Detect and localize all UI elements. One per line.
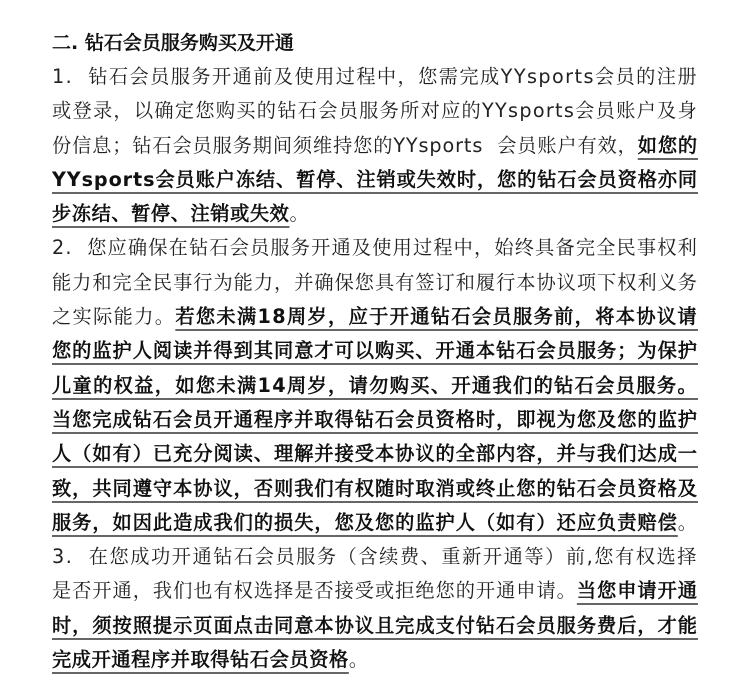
emphasized-text: 您的监护人阅读并得到其同意才可以购买、开通本钻石会员服务；为保护 — [52, 334, 698, 368]
text-line: 人（如有）已充分阅读、理解并接受本协议的全部内容，并与我们达成一 — [52, 437, 698, 471]
body-text: 1. 钻石会员服务开通前及使用过程中，您需完成YYsports会员的注册 — [52, 60, 698, 94]
text-line: 1. 钻石会员服务开通前及使用过程中，您需完成YYsports会员的注册 — [52, 60, 698, 94]
text-line: YYsports会员账户冻结、暂停、注销或失效时，您的钻石会员资格亦同 — [52, 163, 698, 197]
text-line: 致，共同遵守本协议，否则我们有权随时取消或终止您的钻石会员资格及 — [52, 472, 698, 506]
body-text: 之实际能力。 — [52, 300, 175, 334]
emphasized-text: 致，共同遵守本协议，否则我们有权随时取消或终止您的钻石会员资格及 — [52, 472, 698, 506]
text-line: 时，须按照提示页面点击同意本协议且完成支付钻石会员服务费后，才能 — [52, 609, 698, 643]
body-text: 或登录，以确定您购买的钻石会员服务所对应的YYsports会员账户及身 — [52, 94, 698, 128]
body-text: 份信息；钻石会员服务期间须维持您的YYsports 会员账户有效， — [52, 129, 638, 163]
body-text: 2. 您应确保在钻石会员服务开通及使用过程中，始终具备完全民事权利 — [52, 231, 698, 265]
text-line: 完成开通程序并取得钻石会员资格。 — [52, 643, 698, 677]
emphasized-text: 步冻结、暂停、注销或失效 — [52, 197, 289, 231]
emphasized-text: YYsports会员账户冻结、暂停、注销或失效时，您的钻石会员资格亦同 — [52, 163, 698, 197]
section-body: 1. 钻石会员服务开通前及使用过程中，您需完成YYsports会员的注册或登录，… — [52, 60, 698, 677]
text-line: 步冻结、暂停、注销或失效。 — [52, 197, 698, 231]
body-text: 是否开通，我们也有权选择是否接受或拒绝您的开通申请。 — [52, 574, 577, 608]
body-text: 。 — [289, 197, 309, 231]
emphasized-text: 完成开通程序并取得钻石会员资格 — [52, 643, 349, 677]
section-heading: 二. 钻石会员服务购买及开通 — [52, 26, 698, 60]
emphasized-text: 服务，如因此造成我们的损失，您及您的监护人（如有）还应负责赔偿 — [52, 506, 678, 540]
text-line: 您的监护人阅读并得到其同意才可以购买、开通本钻石会员服务；为保护 — [52, 334, 698, 368]
text-line: 儿童的权益，如您未满14周岁，请勿购买、开通我们的钻石会员服务。 — [52, 369, 698, 403]
emphasized-text: 如您的 — [638, 129, 698, 163]
agreement-section: 二. 钻石会员服务购买及开通 1. 钻石会员服务开通前及使用过程中，您需完成YY… — [52, 26, 698, 677]
body-text: 能力和完全民事行为能力，并确保您具有签订和履行本协议项下权利义务 — [52, 266, 698, 300]
body-text: 。 — [678, 506, 698, 540]
text-line: 2. 您应确保在钻石会员服务开通及使用过程中，始终具备完全民事权利 — [52, 231, 698, 265]
emphasized-text: 当您完成钻石会员开通程序并取得钻石会员资格时，即视为您及您的监护 — [52, 403, 698, 437]
emphasized-text: 当您申请开通 — [577, 574, 698, 608]
emphasized-text: 儿童的权益，如您未满14周岁，请勿购买、开通我们的钻石会员服务。 — [52, 369, 698, 403]
body-text: 。 — [349, 643, 369, 677]
text-line: 之实际能力。若您未满18周岁，应于开通钻石会员服务前，将本协议请 — [52, 300, 698, 334]
text-line: 3. 在您成功开通钻石会员服务（含续费、重新开通等）前,您有权选择 — [52, 540, 698, 574]
text-line: 服务，如因此造成我们的损失，您及您的监护人（如有）还应负责赔偿。 — [52, 506, 698, 540]
emphasized-text: 若您未满18周岁，应于开通钻石会员服务前，将本协议请 — [175, 300, 698, 334]
text-line: 当您完成钻石会员开通程序并取得钻石会员资格时，即视为您及您的监护 — [52, 403, 698, 437]
emphasized-text: 时，须按照提示页面点击同意本协议且完成支付钻石会员服务费后，才能 — [52, 609, 698, 643]
text-line: 或登录，以确定您购买的钻石会员服务所对应的YYsports会员账户及身 — [52, 94, 698, 128]
emphasized-text: 人（如有）已充分阅读、理解并接受本协议的全部内容，并与我们达成一 — [52, 437, 698, 471]
text-line: 份信息；钻石会员服务期间须维持您的YYsports 会员账户有效，如您的 — [52, 129, 698, 163]
body-text: 3. 在您成功开通钻石会员服务（含续费、重新开通等）前,您有权选择 — [52, 540, 698, 574]
text-line: 是否开通，我们也有权选择是否接受或拒绝您的开通申请。当您申请开通 — [52, 574, 698, 608]
text-line: 能力和完全民事行为能力，并确保您具有签订和履行本协议项下权利义务 — [52, 266, 698, 300]
